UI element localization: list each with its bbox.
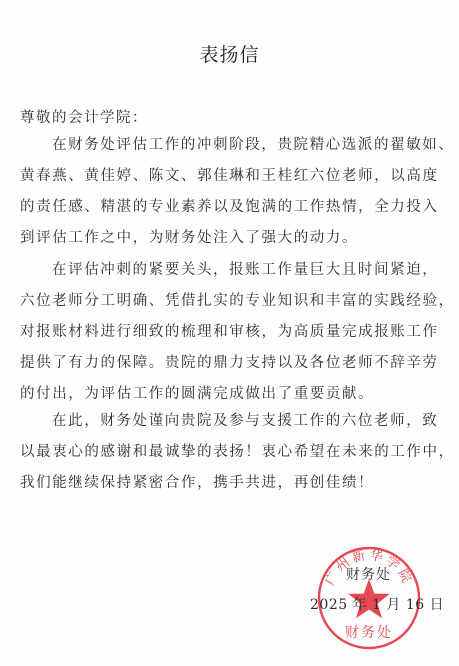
paragraph-2: 在评估冲刺的紧要关头，报账工作量巨大且时间紧迫， 六位老师分工明确、凭借扎实的专… — [20, 255, 434, 410]
paragraph-3: 在此，财务处谨向贵院及参与支援工作的六位老师，致 以最衷心的感谢和最诚挚的表扬！… — [20, 406, 434, 499]
paragraph-line: 提供了有力的保障。贵院的鼎力支持以及各位老师不辞辛劳 — [20, 348, 434, 379]
signature-department: 财务处 — [346, 564, 391, 584]
paragraph-line: 的责任感、精湛的专业素养以及饱满的工作热情，全力投入 — [20, 192, 434, 223]
paragraph-line: 在此，财务处谨向贵院及参与支援工作的六位老师，致 — [20, 406, 434, 437]
paragraph-line: 黄春燕、黄佳婷、陈文、郭佳琳和王桂红六位老师，以高度 — [20, 161, 434, 192]
letter-title: 表扬信 — [0, 40, 459, 67]
letter-date: 2025 年 1 月 16 日 — [310, 594, 444, 614]
seal-department: 财务处 — [345, 624, 393, 641]
paragraph-1: 在财务处评估工作的冲刺阶段，贵院精心选派的翟敏如、 黄春燕、黄佳婷、陈文、郭佳琳… — [20, 130, 434, 254]
paragraph-line: 对报账材料进行细致的梳理和审核，为高质量完成报账工作 — [20, 317, 434, 348]
paragraph-line: 以最衷心的感谢和最诚挚的表扬！衷心希望在未来的工作中， — [20, 437, 434, 468]
paragraph-line: 到评估工作之中，为财务处注入了强大的动力。 — [20, 223, 434, 254]
paragraph-line: 在评估冲刺的紧要关头，报账工作量巨大且时间紧迫， — [20, 255, 434, 286]
paragraph-line: 在财务处评估工作的冲刺阶段，贵院精心选派的翟敏如、 — [20, 130, 434, 161]
salutation: 尊敬的会计学院： — [20, 106, 148, 127]
paragraph-line: 六位老师分工明确、凭借扎实的专业知识和丰富的实践经验， — [20, 286, 434, 317]
letter-page: 表扬信 尊敬的会计学院： 在财务处评估工作的冲刺阶段，贵院精心选派的翟敏如、 黄… — [0, 0, 459, 666]
paragraph-line: 我们能继续保持紧密合作，携手共进，再创佳绩！ — [20, 468, 434, 499]
